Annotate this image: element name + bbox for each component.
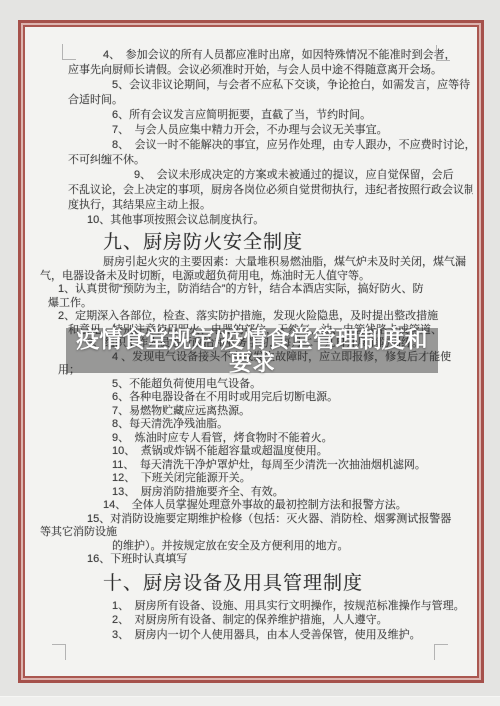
- doc-line: 合适时间。: [40, 93, 473, 108]
- doc-line: 7、 与会人员应集中精力开会，不办理与会议无关事宜。: [40, 123, 473, 138]
- doc-line: 应事先向厨师长请假。会议必须准时开始，与会人员中途不得随意离开会场。: [40, 63, 473, 78]
- banner-title-line1: 疫情食堂规定/疫情食堂管理制度和: [66, 328, 438, 351]
- doc-line: 5、不能超负荷使用电气设备。: [40, 378, 473, 392]
- margin-crop-mark-top-left: [62, 44, 76, 60]
- doc-line: 1、 厨房所有设备、设施、用具实行文明操作，按规范标准操作与管理。: [40, 599, 473, 614]
- doc-line: 10、其他事项按照会议总制度执行。: [40, 213, 473, 228]
- section-equipment-heading: 十、厨房设备及用具管理制度: [40, 573, 473, 595]
- doc-line: 14、 全体人员掌握处理意外事故的最初控制方法和报警方法。: [40, 499, 473, 513]
- margin-crop-mark-top-right: [436, 45, 450, 61]
- doc-line: 不乱议论，会上决定的事项，厨房各岗位必须自觉贯彻执行，违纪者按照行政会议制: [40, 183, 473, 198]
- doc-line: 4、 参加会议的所有人员都应准时出席，如因特殊情况不能准时到会者，: [40, 48, 473, 63]
- doc-line: 3、 厨房内一切个人使用器具，由本人受善保管，使用及维护。: [40, 628, 473, 643]
- scanned-document-screenshot: { "overlay": { "line1": "疫情食堂规定/疫情食堂管理制度…: [0, 0, 500, 706]
- doc-line: 15、对消防设施要定期维护检修（包括：灭火器、消防栓、烟雾测试报警器: [40, 513, 473, 527]
- doc-line: 爆工作。: [40, 297, 473, 311]
- equipment-rules-list: 1、 厨房所有设备、设施、用具实行文明操作，按规范标准操作与管理。2、 对厨房所…: [40, 599, 473, 643]
- doc-line: 1、认真贯彻“预防为主，防消结合”的方针，结合本酒店实际，搞好防火、防: [40, 283, 473, 297]
- doc-line: 8、 会议一时不能解决的事宜，应另作处理，由专人跟办，不应费时讨论，: [40, 138, 473, 153]
- doc-line: 等其它消防设施: [40, 526, 473, 540]
- doc-line: 2、定期深入各部位，检查、落实防护措施，发现火险隐患，及时提出整改措施: [40, 310, 473, 324]
- doc-line: 度执行，其结果应主动上报。: [40, 198, 473, 213]
- doc-line: 6、所有会议发言应简明扼要，直截了当，节约时间。: [40, 108, 473, 123]
- doc-line: 厨房引起火灾的主要因素：大量堆积易燃油脂，煤气炉未及时关闭，煤气漏: [40, 256, 473, 270]
- doc-line: 不可纠缠不休。: [40, 153, 473, 168]
- margin-crop-mark-bottom-left: [52, 644, 66, 660]
- doc-line: 12、 下班关闭完能源开关。: [40, 472, 473, 486]
- margin-crop-mark-bottom-right: [434, 644, 448, 660]
- meeting-rules-list: 4、 参加会议的所有人员都应准时出席，如因特殊情况不能准时到会者，应事先向厨师长…: [40, 48, 473, 228]
- doc-line: 的维护）。并按规定放在安全及方便利用的地方。: [40, 540, 473, 554]
- doc-line: 9、 会议未形成决定的方案或未被通过的提议，应自觉保留，会后: [40, 168, 473, 183]
- doc-line: 气，电器设备未及时切断，电源或超负荷用电，炼油时无人值守等。: [40, 270, 473, 284]
- doc-line: 13、 厨房消防措施要齐全、有效。: [40, 486, 473, 500]
- doc-line: 10、 煮锅或炸锅不能超容量或超温度使用。: [40, 445, 473, 459]
- section-fire-heading: 九、厨房防火安全制度: [40, 232, 473, 254]
- doc-line: 6、各种电器设备在不用时或用完后切断电源。: [40, 391, 473, 405]
- doc-line: 8、每天清洗净残油脂。: [40, 418, 473, 432]
- doc-line: 5、会议非议论期间，与会者不应私下交谈，争论抢白，如需发言，应等待: [40, 78, 473, 93]
- fire-safety-list: 厨房引起火灾的主要因素：大量堆积易燃油脂，煤气炉未及时关闭，煤气漏气，电器设备未…: [40, 256, 473, 567]
- doc-line: 9、 炼油时应专人看管，烤食物时不能着火。: [40, 432, 473, 446]
- banner-title-line2: 要求: [66, 351, 438, 374]
- watermark-title-banner: 疫情食堂规定/疫情食堂管理制度和 要求: [66, 328, 438, 373]
- scan-bottom-edge: [0, 696, 500, 706]
- doc-line: 11、 每天清洗干净炉罩炉灶，每周至少清洗一次抽油烟机滤网。: [40, 459, 473, 473]
- doc-line: 2、 对厨房所有设备、制定的保养维护措施，人人遵守。: [40, 613, 473, 628]
- doc-line: 16、下班时认真填写: [40, 553, 473, 567]
- doc-line: 7、易燃物贮藏应远离热源。: [40, 405, 473, 419]
